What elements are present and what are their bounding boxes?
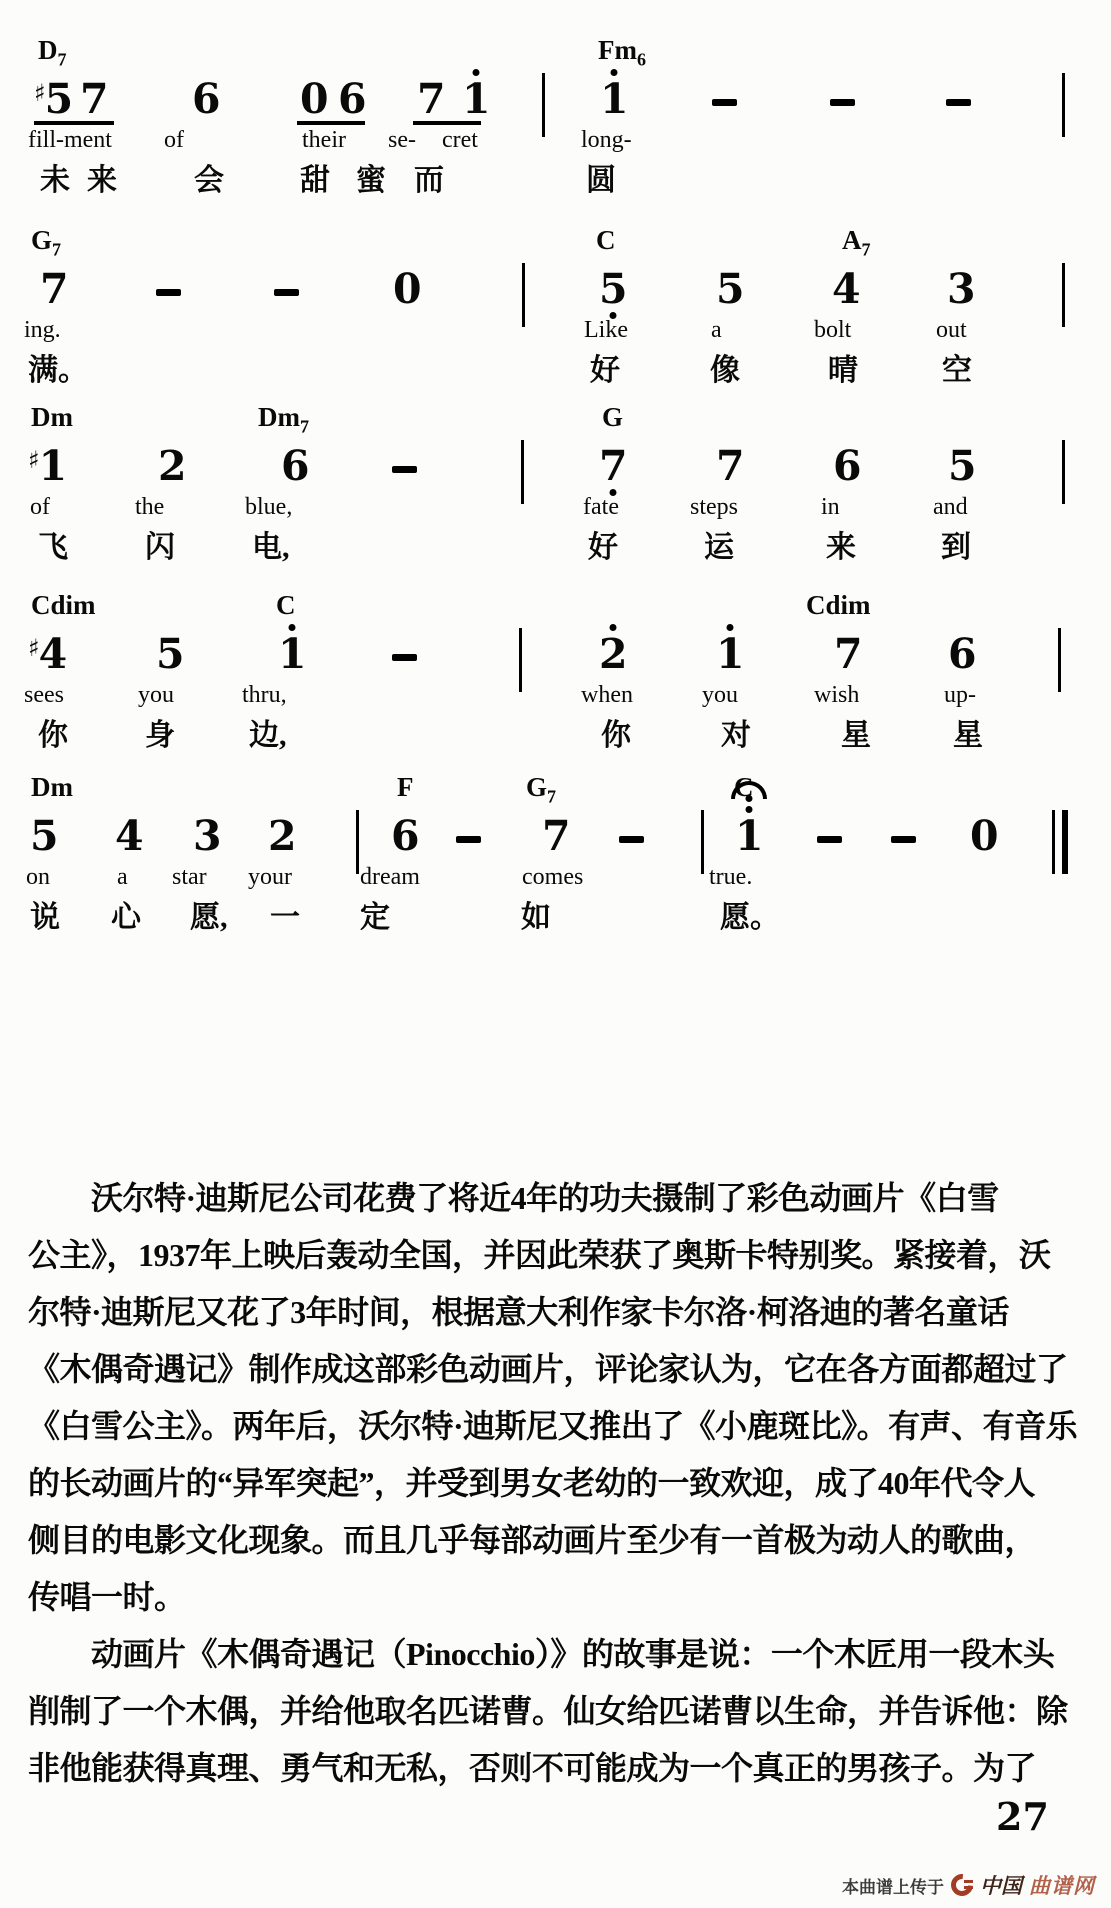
note-digit: 1 — [39, 444, 68, 488]
article-line: 公主》，1937年上映后轰动全国，并因此荣获了奥斯卡特别奖。紧接着，沃 — [28, 1227, 1100, 1284]
lyric-english: their — [302, 127, 346, 154]
note: 1 — [278, 632, 307, 676]
note: 2 — [268, 814, 297, 858]
barline — [522, 263, 525, 327]
note: 5 — [716, 267, 745, 311]
lyric-chinese: 未 — [40, 155, 70, 199]
article-line: 沃尔特·迪斯尼公司花费了将近4年的功夫摄制了彩色动画片《白雪 — [28, 1170, 1100, 1227]
barline — [542, 73, 545, 137]
article-line: 传唱一时。 — [28, 1569, 1100, 1626]
note: 7 — [716, 444, 745, 488]
lyric-english: in — [821, 494, 840, 521]
note-digit: 1 — [462, 77, 491, 121]
note-digit: 5 — [45, 77, 74, 121]
note-digit: 5 — [716, 267, 745, 311]
note: 6 — [391, 814, 420, 858]
note: 2 — [158, 444, 187, 488]
note: ♯5 — [34, 77, 73, 127]
note: 0 — [393, 267, 422, 311]
lyric-chinese: 来 — [826, 522, 856, 566]
barline — [1062, 263, 1065, 327]
lyric-chinese: 来 — [87, 155, 117, 199]
note: 0 — [300, 77, 329, 121]
dash-note — [712, 99, 737, 106]
barline — [1052, 810, 1055, 874]
chord-label: G7 — [526, 772, 556, 807]
octave-dot-high — [746, 806, 753, 813]
lyric-english: Like — [584, 317, 628, 344]
note: 6 — [338, 77, 367, 121]
note-digit: 6 — [948, 632, 977, 676]
note: 6 — [281, 444, 310, 488]
note: ♯4 — [28, 632, 67, 682]
lyric-chinese: 会 — [194, 155, 224, 199]
note-digit: 5 — [948, 444, 977, 488]
lyric-chinese: 圆 — [586, 155, 616, 199]
score-system: G7CA7705543ing.Likeaboltout满。好像晴空 — [0, 225, 1111, 397]
lyric-chinese: 飞 — [38, 522, 68, 566]
note-digit: 0 — [393, 267, 422, 311]
lyric-chinese: 身 — [145, 710, 175, 754]
lyric-english: fill-ment — [28, 127, 112, 154]
note-digit: 2 — [158, 444, 187, 488]
lyric-english: you — [138, 682, 174, 709]
lyric-chinese: 边, — [249, 710, 287, 754]
chord-label: Fm6 — [598, 35, 646, 70]
eighth-beam-underline — [34, 121, 114, 125]
article-line: 动画片《木偶奇遇记（Pinocchio）》的故事是说：一个木匠用一段木头 — [28, 1626, 1100, 1683]
score-system: DmFG7C54326710onastaryourdreamcomestrue.… — [0, 772, 1111, 944]
lyric-chinese: 空 — [942, 345, 972, 389]
lyric-chinese: 好 — [588, 522, 618, 566]
note-digit: 7 — [599, 444, 628, 488]
lyric-chinese: 晴 — [828, 345, 858, 389]
lyric-chinese: 到 — [941, 522, 971, 566]
article: 沃尔特·迪斯尼公司花费了将近4年的功夫摄制了彩色动画片《白雪公主》，1937年上… — [28, 1170, 1100, 1797]
score-system: CdimCCdim♯4512176seesyouthru,whenyouwish… — [0, 590, 1111, 762]
note-digit: 3 — [947, 267, 976, 311]
lyric-chinese: 闪 — [145, 522, 175, 566]
lyric-chinese: 好 — [590, 345, 620, 389]
fermata-dot — [746, 795, 753, 802]
note: 5 — [156, 632, 185, 676]
article-line: 的长动画片的“异军突起”，并受到男女老幼的一致欢迎，成了40年代令人 — [28, 1455, 1100, 1512]
lyric-english: ing. — [24, 317, 61, 344]
barline — [1058, 628, 1061, 692]
barline — [521, 440, 524, 504]
note: 7 — [599, 444, 628, 488]
note: 7 — [834, 632, 863, 676]
chord-label: Dm — [31, 402, 73, 433]
barline — [519, 628, 522, 692]
lyric-chinese: 如 — [521, 892, 551, 936]
barline — [356, 810, 359, 874]
octave-dot-high — [473, 69, 480, 76]
lyric-english: when — [581, 682, 633, 709]
note: 0 — [970, 814, 999, 858]
note-digit: 7 — [417, 77, 446, 121]
note: 1 — [735, 814, 764, 858]
dash-note — [817, 836, 842, 843]
score-system: DmDm7G♯1267765oftheblue,fatestepsinand飞闪… — [0, 402, 1111, 574]
dash-note — [946, 99, 971, 106]
note: 3 — [193, 814, 222, 858]
dash-note — [619, 836, 644, 843]
note: 7 — [417, 77, 446, 121]
note-digit: 7 — [80, 77, 109, 121]
note: 7 — [80, 77, 109, 121]
lyric-chinese: 蜜 — [356, 155, 386, 199]
lyric-chinese: 心 — [111, 892, 141, 936]
chord-label: C — [276, 590, 296, 621]
note-digit: 0 — [300, 77, 329, 121]
note-digit: 7 — [716, 444, 745, 488]
lyric-chinese: 星 — [953, 710, 983, 754]
lyric-english: your — [248, 864, 292, 891]
note: 2 — [599, 632, 628, 676]
lyric-english: of — [30, 494, 50, 521]
lyric-chinese: 愿, — [190, 892, 228, 936]
article-line: 侧目的电影文化现象。而且几乎每部动画片至少有一首极为动人的歌曲， — [28, 1512, 1100, 1569]
lyric-english: comes — [522, 864, 583, 891]
note: 1 — [716, 632, 745, 676]
note-digit: 2 — [599, 632, 628, 676]
note-digit: 7 — [542, 814, 571, 858]
lyric-chinese: 对 — [721, 710, 751, 754]
watermark-brand-cn: 中国 — [980, 1870, 1022, 1900]
barline — [1062, 73, 1065, 137]
lyric-english: out — [936, 317, 967, 344]
lyric-english: steps — [690, 494, 738, 521]
note: 5 — [599, 267, 628, 311]
lyric-english: star — [172, 864, 207, 891]
lyric-english: and — [933, 494, 968, 521]
octave-dot-high — [727, 624, 734, 631]
lyric-english: dream — [360, 864, 420, 891]
note: 5 — [30, 814, 59, 858]
lyric-chinese: 愿。 — [720, 892, 780, 936]
barline — [1062, 440, 1065, 504]
dash-note — [392, 466, 417, 473]
eighth-beam-underline — [413, 121, 481, 125]
quku-logo-icon — [951, 1874, 973, 1896]
note: ♯1 — [28, 444, 67, 494]
lyric-chinese: 像 — [710, 345, 740, 389]
lyric-chinese: 运 — [704, 522, 734, 566]
lyric-chinese: 一 — [270, 892, 300, 936]
lyric-english: cret — [442, 127, 478, 154]
lyric-chinese: 电, — [252, 522, 290, 566]
note-digit: 4 — [115, 814, 144, 858]
note-digit: 1 — [716, 632, 745, 676]
dash-note — [156, 289, 181, 296]
lyric-english: wish — [814, 682, 859, 709]
lyric-english: up- — [944, 682, 976, 709]
chord-label: D7 — [38, 35, 67, 70]
dash-note — [274, 289, 299, 296]
page-number: 27 — [996, 1794, 1049, 1839]
dash-note — [830, 99, 855, 106]
note-digit: 4 — [39, 632, 68, 676]
lyric-english: sees — [24, 682, 64, 709]
note-digit: 5 — [30, 814, 59, 858]
note: 7 — [40, 267, 69, 311]
watermark: 本曲谱上传于 中国 曲谱网 — [842, 1870, 1095, 1900]
note: 3 — [947, 267, 976, 311]
chord-label: Cdim — [31, 590, 96, 621]
lyric-chinese: 甜 — [300, 155, 330, 199]
note-digit: 5 — [156, 632, 185, 676]
chord-label: A7 — [842, 225, 871, 260]
note-digit: 6 — [281, 444, 310, 488]
lyric-english: thru, — [242, 682, 287, 709]
lyric-chinese: 定 — [360, 892, 390, 936]
octave-dot-high — [610, 624, 617, 631]
score-system: D7Fm6♯57606711fill-mentoftheirse-cretlon… — [0, 35, 1111, 207]
note-digit: 1 — [735, 814, 764, 858]
score: D7Fm6♯57606711fill-mentoftheirse-cretlon… — [0, 0, 1111, 960]
note: 4 — [115, 814, 144, 858]
note: 7 — [542, 814, 571, 858]
chord-label: F — [397, 772, 414, 803]
chord-label: G7 — [31, 225, 61, 260]
chord-label: Dm — [31, 772, 73, 803]
note: 1 — [600, 77, 629, 121]
barline-final — [1062, 810, 1068, 874]
lyric-english: bolt — [814, 317, 851, 344]
chord-label: G — [602, 402, 623, 433]
note-digit: 1 — [600, 77, 629, 121]
note-digit: 6 — [833, 444, 862, 488]
note: 6 — [948, 632, 977, 676]
note-digit: 2 — [268, 814, 297, 858]
chord-label: Dm7 — [258, 402, 309, 437]
article-line: 削制了一个木偶，并给他取名匹诺曹。仙女给匹诺曹以生命，并告诉他：除 — [28, 1683, 1100, 1740]
note-digit: 6 — [391, 814, 420, 858]
note-digit: 1 — [278, 632, 307, 676]
note-digit: 5 — [599, 267, 628, 311]
lyric-english: true. — [709, 864, 752, 891]
note: 5 — [948, 444, 977, 488]
lyric-chinese: 你 — [38, 710, 68, 754]
lyric-chinese: 而 — [414, 155, 444, 199]
lyric-english: on — [26, 864, 50, 891]
article-line: 《木偶奇遇记》制作成这部彩色动画片，评论家认为，它在各方面都超过了 — [28, 1341, 1100, 1398]
lyric-english: long- — [581, 127, 632, 154]
note: 6 — [192, 77, 221, 121]
songbook-page: D7Fm6♯57606711fill-mentoftheirse-cretlon… — [0, 0, 1111, 1908]
note-digit: 0 — [970, 814, 999, 858]
note-digit: 6 — [192, 77, 221, 121]
octave-dot-high — [611, 69, 618, 76]
watermark-prefix: 本曲谱上传于 — [842, 1873, 944, 1898]
barline — [701, 810, 704, 874]
lyric-english: a — [711, 317, 722, 344]
dash-note — [891, 836, 916, 843]
octave-dot-high — [289, 624, 296, 631]
lyric-english: the — [135, 494, 164, 521]
note-digit: 7 — [834, 632, 863, 676]
note: 4 — [832, 267, 861, 311]
lyric-english: a — [117, 864, 128, 891]
note: 1 — [462, 77, 491, 121]
watermark-brand-rest: 曲谱网 — [1029, 1870, 1095, 1900]
note-digit: 7 — [40, 267, 69, 311]
chord-label: Cdim — [806, 590, 871, 621]
note-digit: 3 — [193, 814, 222, 858]
dash-note — [456, 836, 481, 843]
lyric-chinese: 你 — [601, 710, 631, 754]
lyric-english: you — [702, 682, 738, 709]
eighth-beam-underline — [297, 121, 365, 125]
note-digit: 4 — [832, 267, 861, 311]
note: 6 — [833, 444, 862, 488]
lyric-english: fate — [583, 494, 619, 521]
lyric-chinese: 星 — [841, 710, 871, 754]
note-digit: 6 — [338, 77, 367, 121]
lyric-chinese: 说 — [30, 892, 60, 936]
dash-note — [392, 654, 417, 661]
lyric-english: se- — [388, 127, 416, 154]
article-line: 《白雪公主》。两年后，沃尔特·迪斯尼又推出了《小鹿斑比》。有声、有音乐 — [28, 1398, 1100, 1455]
article-line: 非他能获得真理、勇气和无私，否则不可能成为一个真正的男孩子。为了 — [28, 1740, 1100, 1797]
chord-label: C — [596, 225, 616, 256]
lyric-english: blue, — [245, 494, 292, 521]
lyric-english: of — [164, 127, 184, 154]
lyric-chinese: 满。 — [28, 345, 88, 389]
article-line: 尔特·迪斯尼又花了3年时间，根据意大利作家卡尔洛·柯洛迪的著名童话 — [28, 1284, 1100, 1341]
